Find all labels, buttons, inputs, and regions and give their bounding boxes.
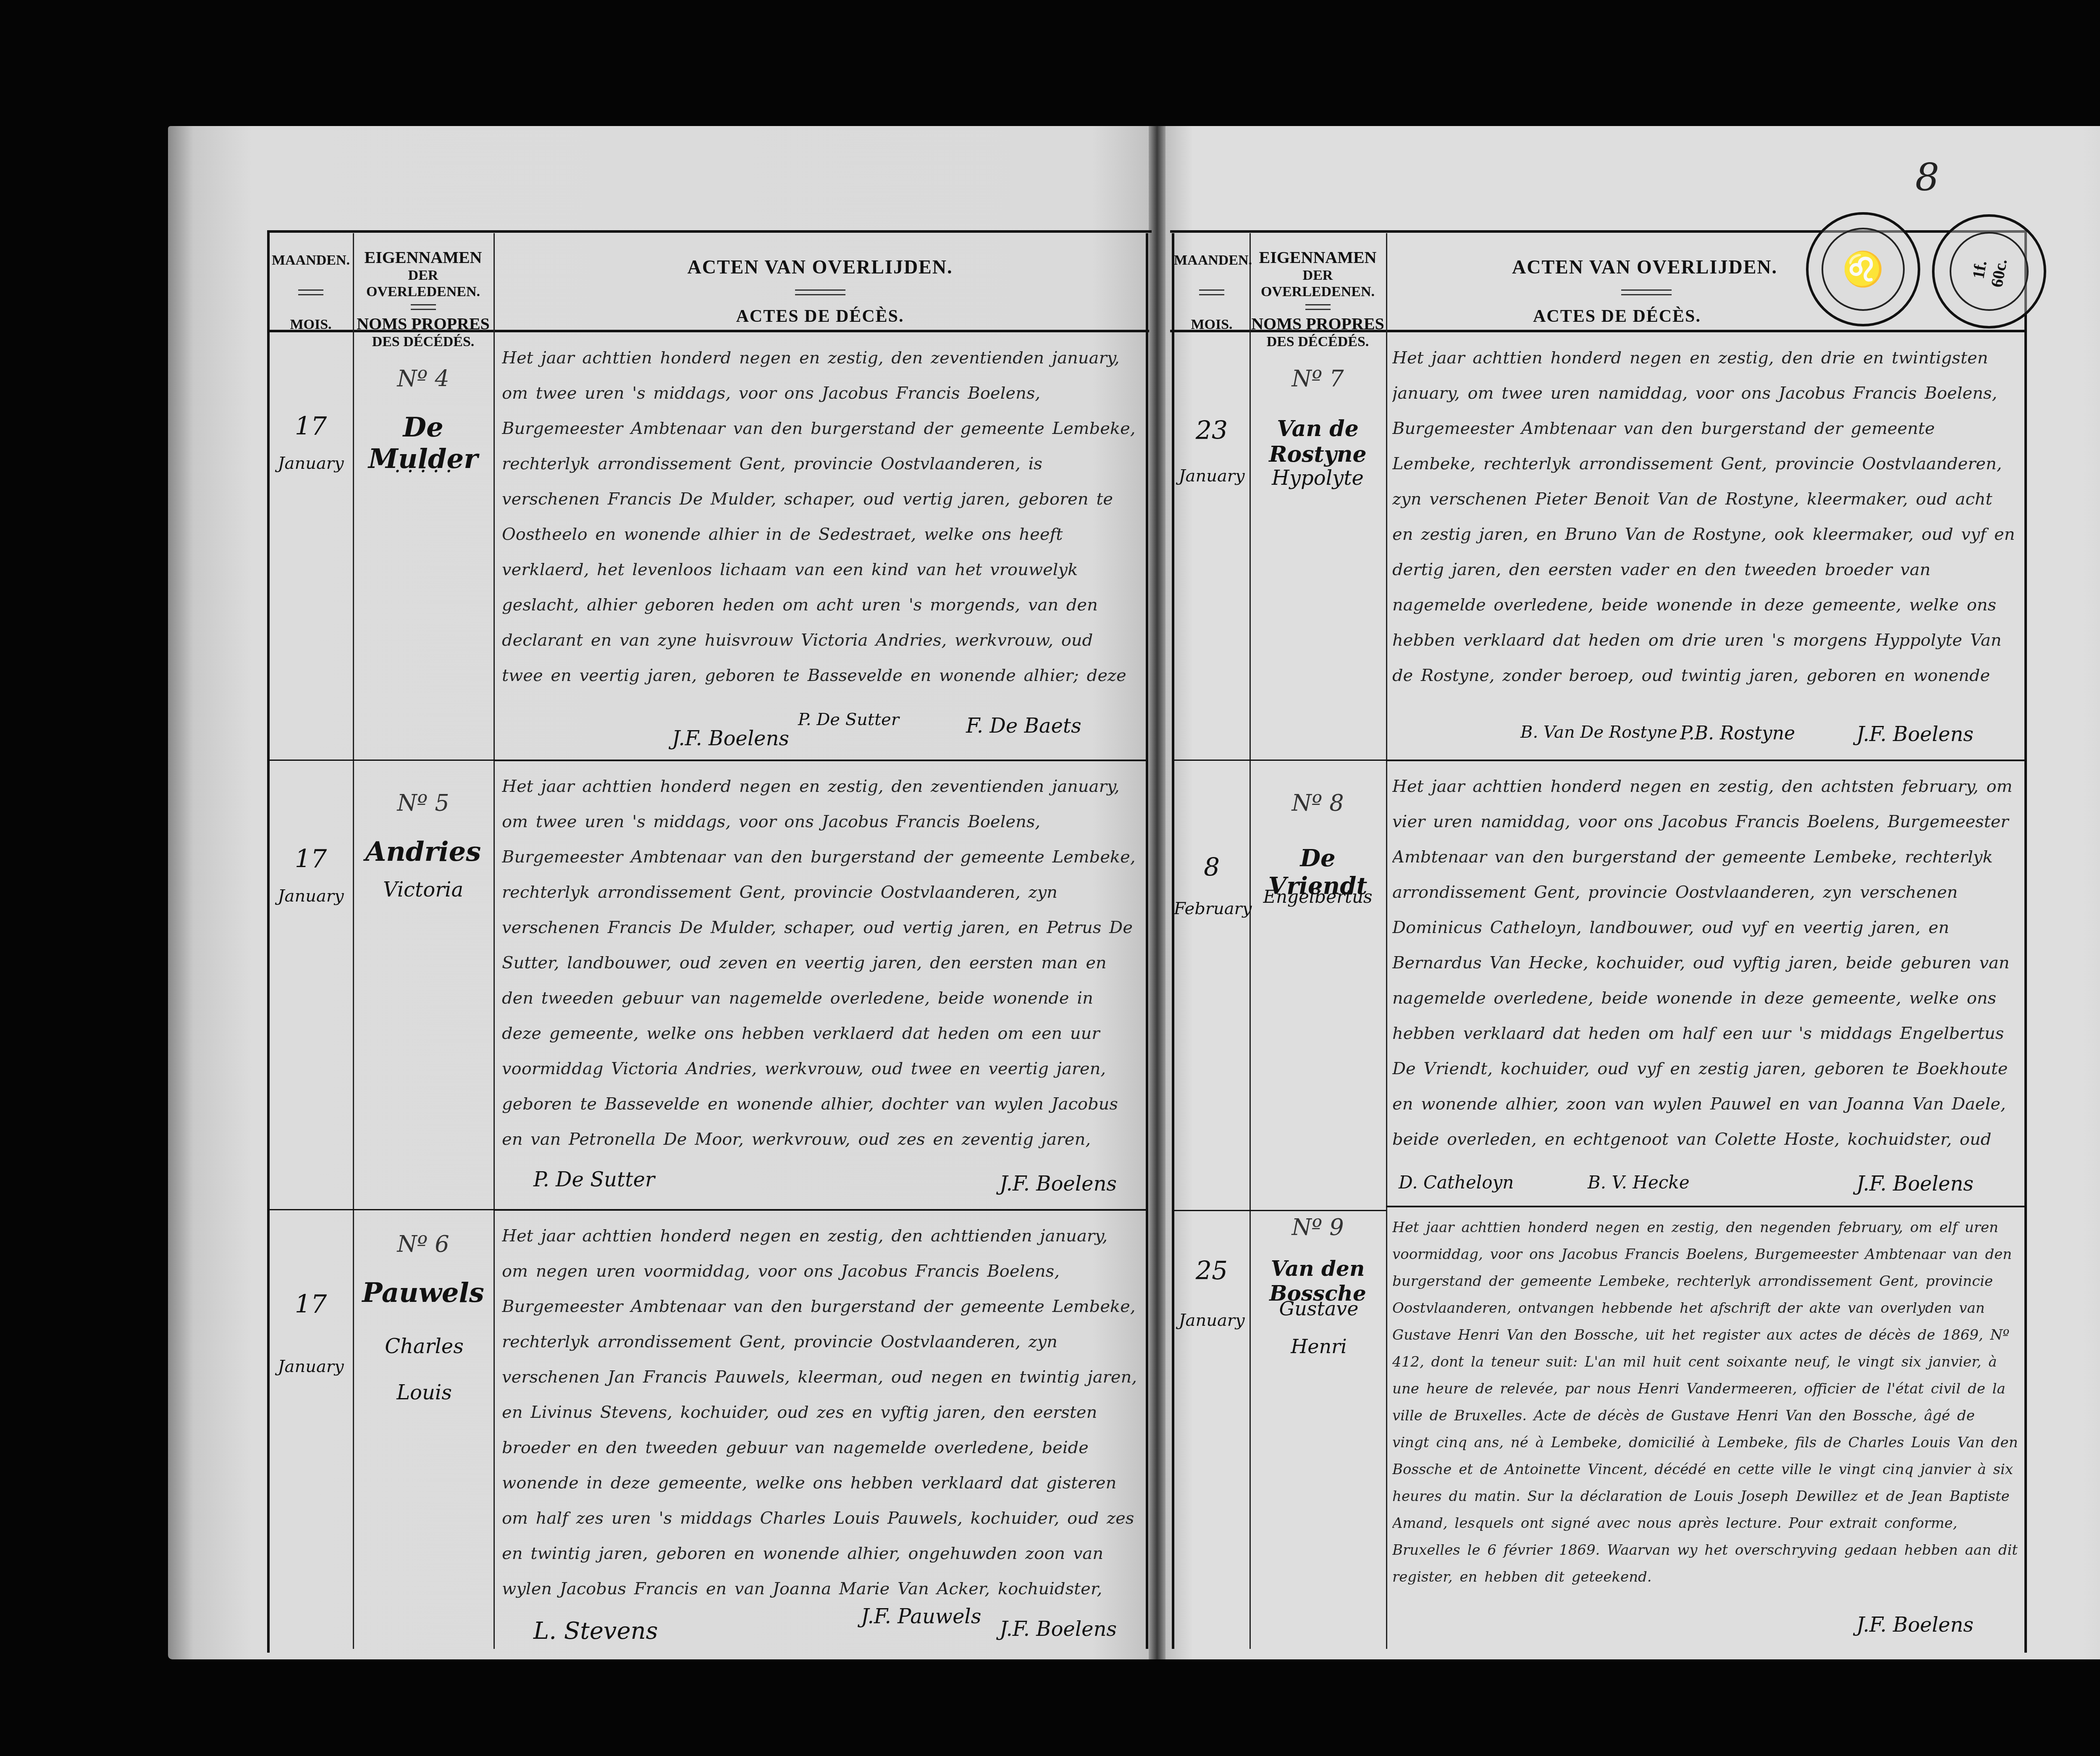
entry-month: January xyxy=(1174,1311,1249,1330)
entry-act-text: Het jaar achttien honderd negen en zesti… xyxy=(1392,1214,2018,1617)
left-row-rule-1b xyxy=(493,760,1147,761)
entry-act-text: Het jaar achttien honderd negen en zesti… xyxy=(1392,769,2018,1164)
entry-given-name: Gustave Henri xyxy=(1256,1290,1382,1365)
entry-day: 23 xyxy=(1174,416,1249,445)
entry-number: Nº 7 xyxy=(1249,365,1386,392)
entry-day: 17 xyxy=(269,412,353,441)
header-month-fr: MOIS. xyxy=(1174,316,1249,333)
entry-act-text: Het jaar achttien honderd negen en zesti… xyxy=(1392,340,2018,697)
signature: B. Van De Rostyne xyxy=(1520,723,1677,742)
entry-act-text: Het jaar achttien honderd negen en zesti… xyxy=(502,1218,1140,1605)
entry-month: January xyxy=(269,1357,353,1376)
folio-mark: 8 xyxy=(1915,155,1939,200)
header-acts-fr: ACTES DE DÉCÈS. xyxy=(493,306,1147,326)
entry-day: 17 xyxy=(269,1290,353,1319)
right-header-names: EIGENNAMEN DER OVERLEDENEN. NOMS PROPRES… xyxy=(1249,248,1386,350)
signature: B. V. Hecke xyxy=(1588,1172,1690,1193)
header-names-fr-1: NOMS PROPRES xyxy=(1249,314,1386,334)
entry-month: January xyxy=(269,886,353,906)
entry-day: 8 xyxy=(1174,853,1249,882)
entry-surname: Pauwels xyxy=(353,1277,493,1309)
entry-given-name: Victoria xyxy=(353,878,493,902)
entry-number: Nº 4 xyxy=(353,365,493,392)
entry-month: January xyxy=(269,454,353,473)
header-month-fr: MOIS. xyxy=(269,316,353,333)
entry-given-name: Charles Louis xyxy=(365,1323,483,1416)
entry-day: 17 xyxy=(269,844,353,874)
left-row-rule-1a xyxy=(269,760,493,761)
entry-month: February xyxy=(1174,899,1249,918)
left-col-divider-3 xyxy=(1146,233,1148,1649)
header-names-fr-2: DES DÉCÉDÉS. xyxy=(353,334,493,350)
header-names-nl-1: EIGENNAMEN xyxy=(353,248,493,267)
entry-act-text: Het jaar achttien honderd negen en zesti… xyxy=(502,340,1140,697)
entry-number: Nº 6 xyxy=(353,1231,493,1257)
entry-day: 25 xyxy=(1174,1256,1249,1285)
entry-month: January xyxy=(1174,466,1249,486)
signature: J.F. Boelens xyxy=(1856,1172,1974,1196)
right-col-divider-0 xyxy=(1172,233,1174,1649)
left-header-month: MAANDEN. MOIS. xyxy=(269,252,353,333)
header-month-nl: MAANDEN. xyxy=(269,252,353,268)
signature: J.F. Boelens xyxy=(1000,1172,1117,1196)
signature: J.F. Boelens xyxy=(1856,723,1974,746)
left-col-divider-2 xyxy=(493,233,495,1649)
left-header-acts: ACTEN VAN OVERLIJDEN. ACTES DE DÉCÈS. xyxy=(493,256,1147,326)
header-names-fr-2: DES DÉCÉDÉS. xyxy=(1249,334,1386,350)
header-month-nl: MAANDEN. xyxy=(1174,252,1249,268)
entry-act-text: Het jaar achttien honderd negen en zesti… xyxy=(502,769,1140,1159)
header-acts-nl: ACTEN VAN OVERLIJDEN. xyxy=(493,256,1147,279)
entry-number: Nº 8 xyxy=(1249,790,1386,816)
entry-surname: Van de Rostyne xyxy=(1249,416,1386,467)
right-row-rule-2a xyxy=(1174,1210,1386,1211)
signature: J.F. Pauwels xyxy=(861,1605,981,1628)
signature: P. De Sutter xyxy=(533,1168,655,1191)
entry-number: Nº 9 xyxy=(1249,1214,1386,1241)
entry-given-name: . . . . . xyxy=(353,454,493,477)
stamp-value-centimes: 60c. xyxy=(1987,258,2011,289)
right-header-month: MAANDEN. MOIS. xyxy=(1174,252,1249,333)
header-names-nl-2: DER OVERLEDENEN. xyxy=(353,267,493,300)
right-row-rule-2b xyxy=(1386,1206,2024,1207)
signature: D. Catheloyn xyxy=(1399,1172,1514,1193)
entry-surname: Andries xyxy=(353,836,493,867)
header-names-fr-1: NOMS PROPRES xyxy=(353,314,493,334)
signature: P. De Sutter xyxy=(798,710,899,729)
left-row-rule-2b xyxy=(493,1209,1147,1211)
entry-given-name: Engelbertus xyxy=(1249,886,1386,907)
lion-emblem-icon: ♌ xyxy=(1822,228,1905,311)
right-row-rule-1a xyxy=(1174,760,1386,761)
scan-stage: 8 MAANDEN. MOIS. EIGENNAMEN DER OVERLEDE… xyxy=(0,0,2100,1756)
entry-number: Nº 5 xyxy=(353,790,493,816)
signature: F. De Baets xyxy=(966,714,1081,738)
signature: J.F. Boelens xyxy=(1000,1617,1117,1641)
header-names-nl-1: EIGENNAMEN xyxy=(1249,248,1386,267)
left-row-rule-2a xyxy=(269,1209,493,1210)
tax-stamp-dimension: 1f. 60c. xyxy=(1932,214,2046,329)
stamp-value-francs: 1f. xyxy=(1968,259,1991,281)
entry-given-name: Hypolyte xyxy=(1249,466,1386,490)
signature: J.F. Boelens xyxy=(672,727,789,750)
signature: J.F. Boelens xyxy=(1856,1613,1974,1637)
left-header-names: EIGENNAMEN DER OVERLEDENEN. NOMS PROPRES… xyxy=(353,248,493,350)
right-row-rule-1b xyxy=(1386,760,2024,761)
signature: L. Stevens xyxy=(533,1617,658,1645)
right-col-divider-2 xyxy=(1386,233,1387,1649)
header-names-nl-2: DER OVERLEDENEN. xyxy=(1249,267,1386,300)
signature: P.B. Rostyne xyxy=(1680,723,1795,744)
tax-stamp-lion: ♌ xyxy=(1806,212,1920,326)
